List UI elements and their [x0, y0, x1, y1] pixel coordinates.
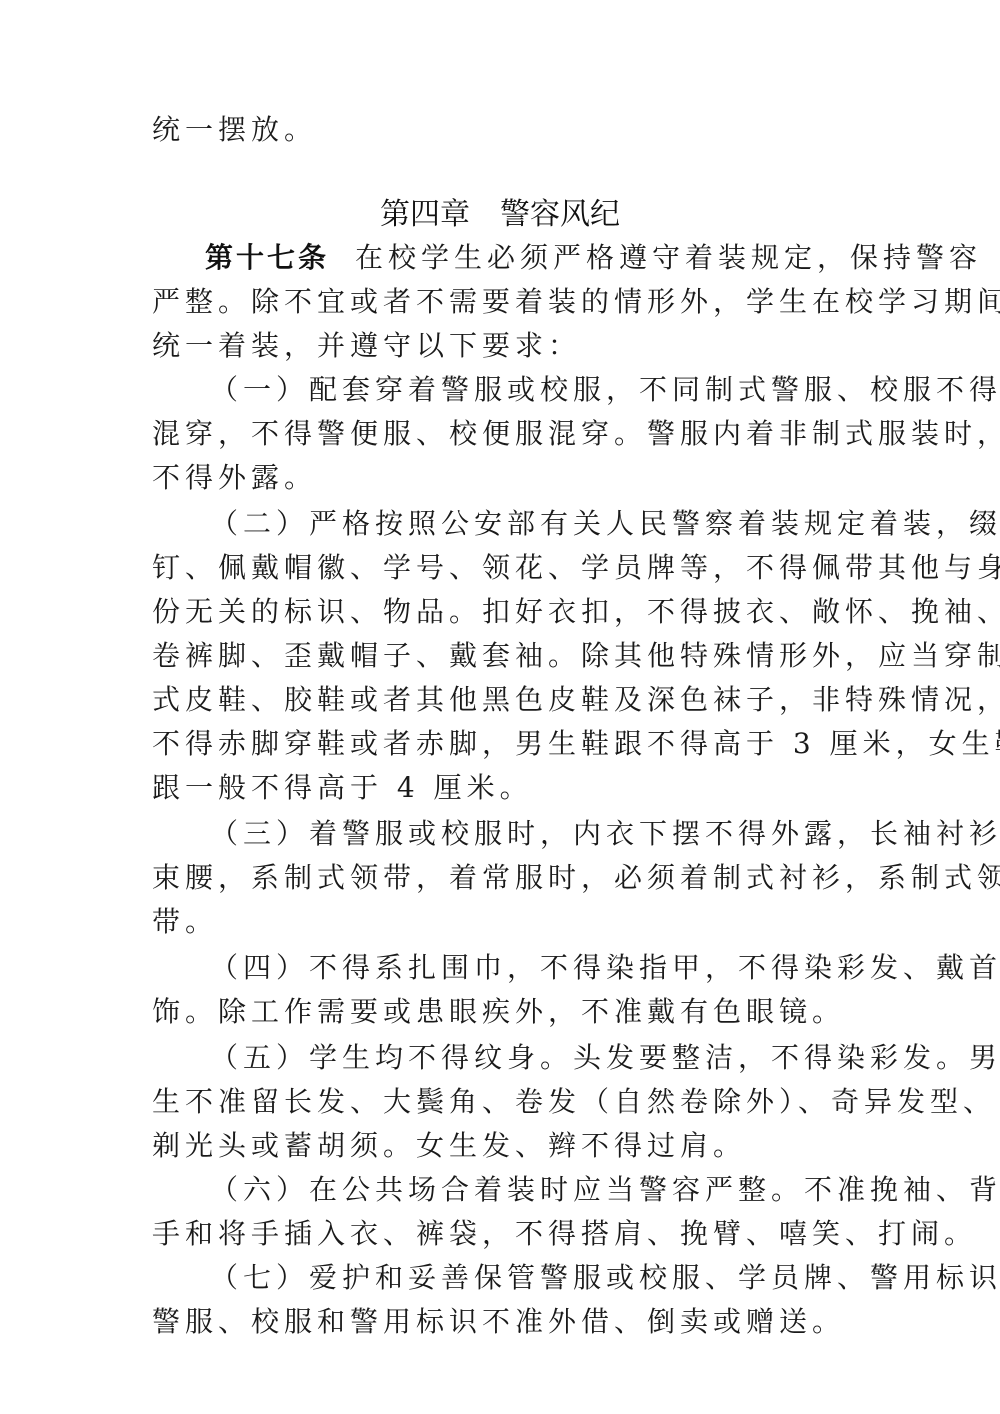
- item-4-line-2: 饰。除工作需要或患眼疾外，不准戴有色眼镜。: [152, 990, 850, 1034]
- article-17-line-3: 统一着装，并遵守以下要求：: [152, 324, 850, 368]
- item-2-line-2: 钉、佩戴帽徽、学号、领花、学员牌等，不得佩带其他与身: [152, 546, 850, 590]
- item-5-line-2: 生不准留长发、大鬓角、卷发（自然卷除外）、奇异发型、: [152, 1080, 850, 1124]
- item-1-line-3: 不得外露。: [152, 456, 850, 500]
- continuation-text: 统一摆放。: [152, 108, 850, 152]
- item-2-line-3: 份无关的标识、物品。扣好衣扣，不得披衣、敞怀、挽袖、: [152, 590, 850, 634]
- item-2-line-1: （二）严格按照公安部有关人民警察着装规定着装，缀: [210, 502, 850, 546]
- document-page: 统一摆放。 第四章警容风纪 第十七条在校学生必须严格遵守着装规定，保持警容 严整…: [0, 0, 1000, 1414]
- item-2-line-7: 跟一般不得高于 4 厘米。: [152, 766, 850, 810]
- chapter-title: 警容风纪: [500, 197, 620, 232]
- item-5-line-3: 剃光头或蓄胡须。女生发、辫不得过肩。: [152, 1124, 850, 1168]
- article-17-line-1: 第十七条在校学生必须严格遵守着装规定，保持警容: [205, 236, 845, 280]
- item-1-line-2: 混穿，不得警便服、校便服混穿。警服内着非制式服装时，: [152, 412, 850, 456]
- item-4-line-1: （四）不得系扎围巾，不得染指甲，不得染彩发、戴首: [210, 946, 850, 990]
- item-3-line-3: 带。: [152, 900, 850, 944]
- item-7-line-1: （七）爱护和妥善保管警服或校服、学员牌、警用标识。: [210, 1256, 850, 1300]
- item-2-line-4: 卷裤脚、歪戴帽子、戴套袖。除其他特殊情形外，应当穿制: [152, 634, 850, 678]
- item-3-line-2: 束腰，系制式领带，着常服时，必须着制式衬衫，系制式领: [152, 856, 850, 900]
- item-7-line-2: 警服、校服和警用标识不准外借、倒卖或赠送。: [152, 1300, 850, 1344]
- item-6-line-1: （六）在公共场合着装时应当警容严整。不准挽袖、背: [210, 1168, 850, 1212]
- item-2-line-5: 式皮鞋、胶鞋或者其他黑色皮鞋及深色袜子，非特殊情况，: [152, 678, 850, 722]
- item-3-line-1: （三）着警服或校服时，内衣下摆不得外露，长袖衬衫: [210, 812, 850, 856]
- chapter-number: 第四章: [380, 197, 470, 232]
- item-5-line-1: （五）学生均不得纹身。头发要整洁，不得染彩发。男: [210, 1036, 850, 1080]
- article-17-line-2: 严整。除不宜或者不需要着装的情形外，学生在校学习期间: [152, 280, 850, 324]
- article-label: 第十七条: [205, 241, 329, 274]
- item-6-line-2: 手和将手插入衣、裤袋，不得搭肩、挽臂、嘻笑、打闹。: [152, 1212, 850, 1256]
- chapter-heading: 第四章警容风纪: [0, 193, 1000, 237]
- item-2-line-6: 不得赤脚穿鞋或者赤脚，男生鞋跟不得高于 3 厘米，女生鞋: [152, 722, 850, 766]
- item-1-line-1: （一）配套穿着警服或校服，不同制式警服、校服不得: [210, 368, 850, 412]
